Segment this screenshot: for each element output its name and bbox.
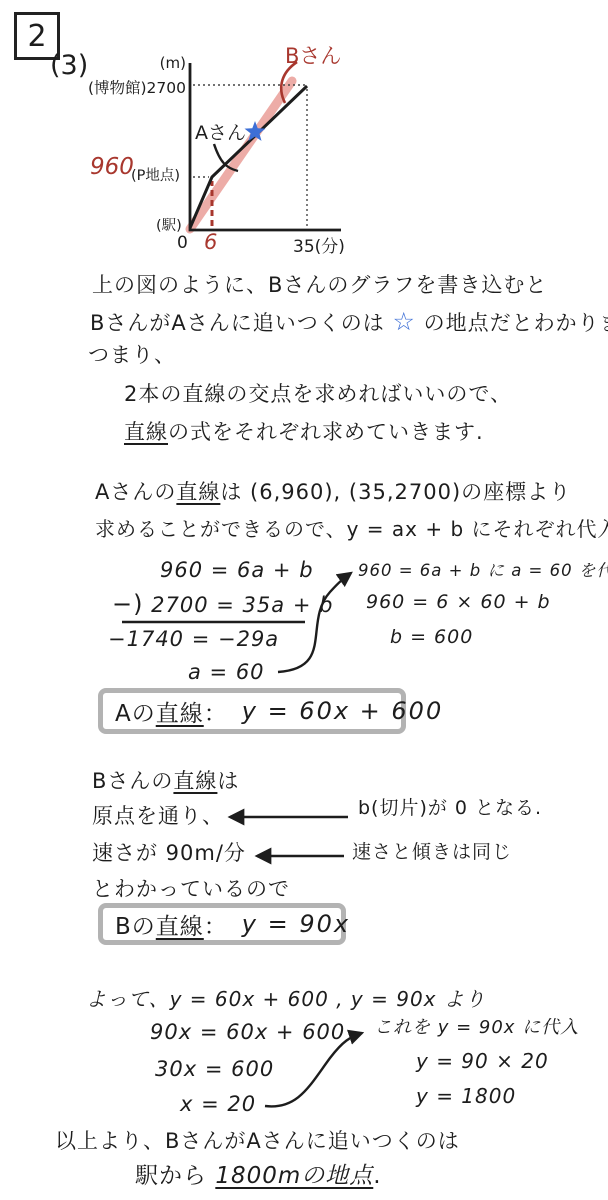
b-result-box: Bの直線： y = 90x [98, 903, 346, 945]
axes [190, 63, 341, 230]
a-note-3: b = 600 [390, 626, 473, 648]
intro-line-2-pre: BさんがAさんに追いつくのは [90, 311, 385, 335]
conclusion-line-2: 駅から 1800mの地点. [135, 1162, 382, 1191]
a-line-2: 求めることができるので、y = ax + b にそれぞれ代入する. [95, 517, 608, 542]
substitute-x-arrow [265, 1033, 362, 1106]
a-result-colon: ： [204, 701, 228, 727]
y-axis-unit: (m) [140, 54, 186, 72]
line-b-pink [190, 81, 292, 229]
b-note-1: b(切片)が 0 となる. [358, 797, 542, 821]
a-eq-4: a = 60 [188, 660, 265, 684]
b-line-1: Bさんの直線は [92, 768, 239, 794]
b-note-2: 速さと傾きは同じ [352, 841, 512, 865]
a-line-1-pre: Aさんの [95, 480, 176, 504]
final-line-1: よって、y = 60x + 600 , y = 90x より [86, 983, 486, 1012]
b-result-pre: Bの [115, 914, 156, 940]
line-a-black [190, 86, 307, 228]
a-line-1-underlined: 直線 [176, 480, 220, 504]
a-eq-1: 960 = 6a + b [160, 558, 314, 582]
b-line-3: 速さが 90m/分 [92, 840, 246, 866]
final-eq-3: x = 20 [180, 1092, 256, 1116]
line-a-label: Aさん [195, 118, 246, 145]
star-mark: ☆ [392, 307, 415, 336]
a-line-1-post: は (6,960), (35,2700)の座標より [220, 480, 571, 504]
final-eq-2: 30x = 600 [155, 1057, 274, 1081]
final-note-2: y = 90 × 20 [416, 1049, 549, 1073]
a-note-1: 960 = 6a + b に a = 60 を代入 [358, 557, 608, 581]
a-result-underlined: 直線 [156, 701, 204, 727]
conclusion-pre: 駅から [135, 1163, 215, 1189]
b-result-label: Bの直線： [115, 908, 228, 941]
a-eq-2-sign: −) [112, 590, 143, 618]
b-result-equation: y = 90x [242, 910, 350, 938]
a-eq-3: −1740 = −29a [108, 627, 279, 651]
intro-line-5-rest: の式をそれぞれ求めていきます. [168, 420, 484, 444]
x-tick-35: 35(分) [293, 232, 345, 257]
problem-number: 2 [27, 19, 46, 54]
a-result-label: Aの直線： [115, 695, 228, 728]
substitute-a-arrow [278, 573, 351, 672]
b-line-2: 原点を通り、 [92, 803, 224, 829]
b-result-colon: ： [204, 914, 228, 940]
line-b-label: Bさん [285, 40, 341, 70]
museum-label: (博物館)2700 [56, 76, 186, 98]
a-eq-2-body: 2700 = 35a + b [151, 593, 333, 617]
intro-line-5: 直線の式をそれぞれ求めていきます. [124, 419, 484, 445]
a-note-2: 960 = 6 × 60 + b [366, 591, 551, 613]
worksheet-page: 2 (3) (m) (博物館)2700 960 (P地点) (駅) 0 6 35… [0, 0, 608, 1200]
final-note-1: これを y = 90x に代入 [374, 1013, 579, 1039]
b-line-4: とわかっているので [92, 876, 290, 902]
intro-line-5-underlined: 直線 [124, 420, 168, 444]
intro-line-2-post: の地点だとわかります. [424, 311, 608, 335]
b-line-1-underlined: 直線 [173, 769, 217, 793]
p-value-label: 960 [90, 154, 134, 180]
x-tick-6: 6 [204, 230, 217, 254]
b-line-1-post: は [217, 769, 239, 793]
a-result-pre: Aの [115, 701, 156, 727]
intro-line-4: 2本の直線の交点を求めればいいので、 [124, 381, 512, 407]
intro-line-1: 上の図のように、Bさんのグラフを書き込むと [92, 272, 547, 298]
final-note-3: y = 1800 [416, 1084, 516, 1108]
station-label: (駅) [156, 214, 182, 235]
a-line-1: Aさんの直線は (6,960), (35,2700)の座標より [95, 479, 571, 505]
a-eq-2: −) 2700 = 35a + b [112, 590, 333, 618]
a-result-equation: y = 60x + 600 [242, 697, 444, 725]
intro-line-2: BさんがAさんに追いつくのは ☆ の地点だとわかります. [90, 306, 608, 337]
star-icon [245, 121, 266, 141]
conclusion-line-1: 以上より、BさんがAさんに追いつくのは [55, 1128, 460, 1154]
conclusion-answer: 1800mの地点 [215, 1163, 373, 1189]
a-label-pointer [214, 144, 238, 171]
intro-line-3: つまり、 [88, 342, 176, 368]
p-point-label: (P地点) [131, 164, 180, 185]
a-result-box: Aの直線： y = 60x + 600 [98, 688, 406, 734]
b-line-1-pre: Bさんの [92, 769, 173, 793]
b-result-underlined: 直線 [156, 914, 204, 940]
origin-label: 0 [177, 233, 188, 253]
final-eq-1: 90x = 60x + 600 [150, 1020, 345, 1044]
conclusion-post: . [373, 1163, 381, 1189]
